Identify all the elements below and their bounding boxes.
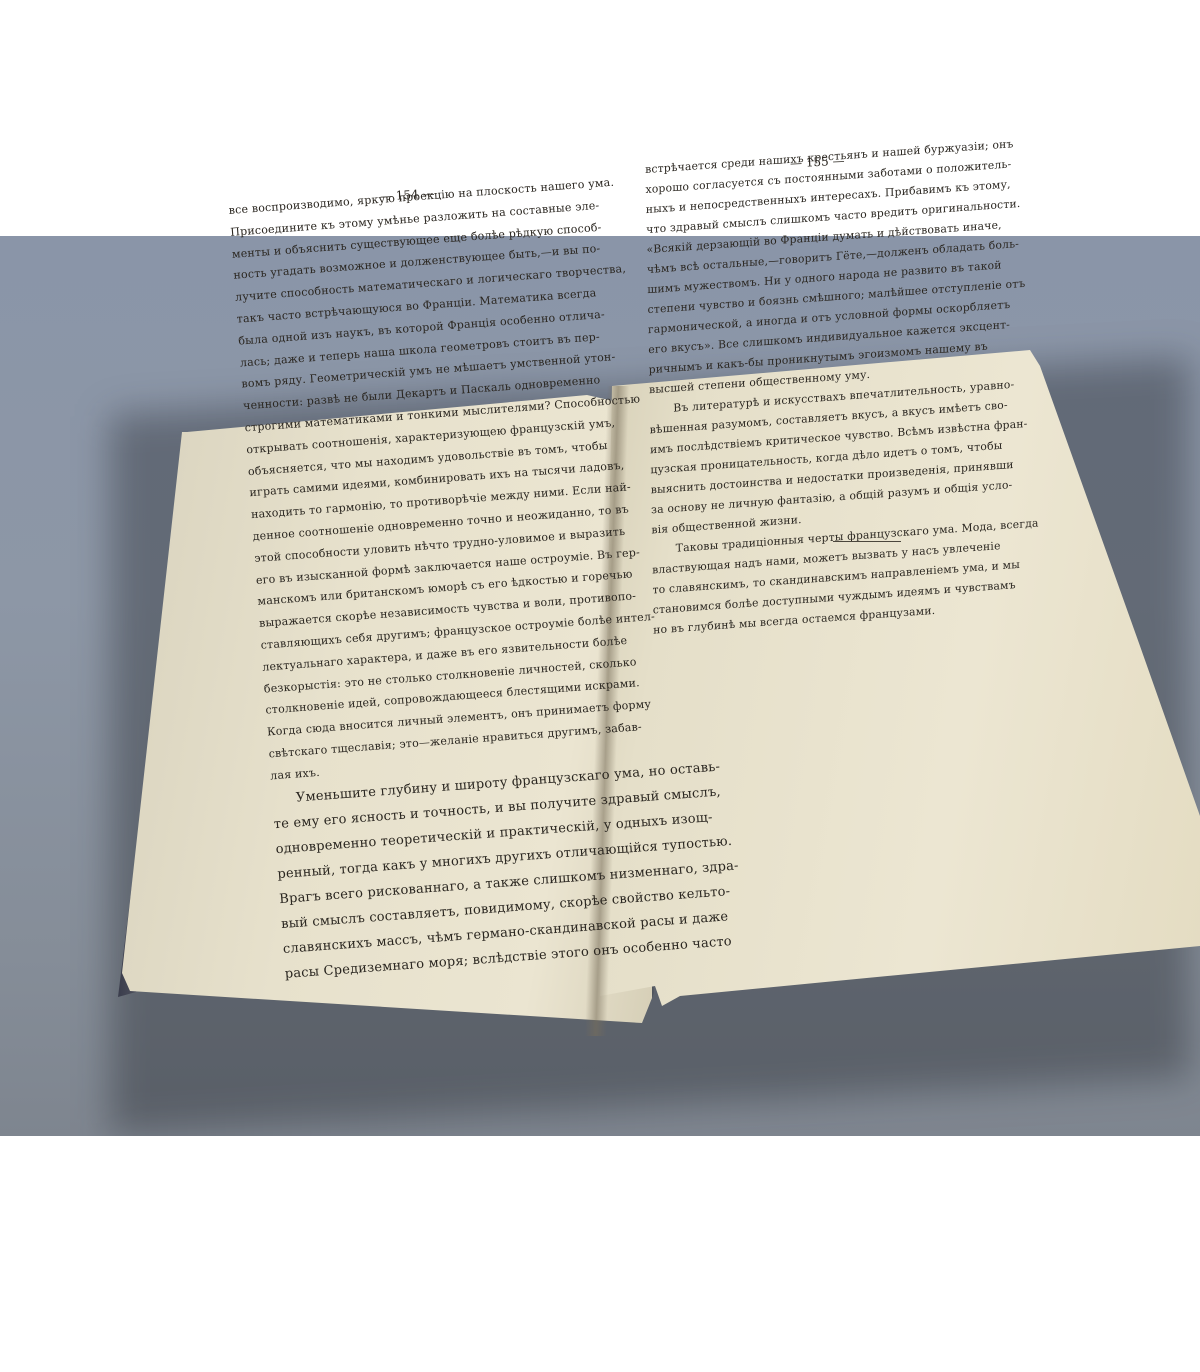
right-paragraph-1: встрѣчается среди нашихъ крестьянъ и наш… xyxy=(645,133,1036,400)
right-page-text: встрѣчается среди нашихъ крестьянъ и наш… xyxy=(645,133,1040,641)
section-end-rule xyxy=(833,541,901,542)
right-paragraph-2: Въ литературѣ и искусствахъ впечатлитель… xyxy=(649,373,1038,540)
left-paragraph-2: Уменьшите глубину и широту французскаго … xyxy=(271,753,745,986)
